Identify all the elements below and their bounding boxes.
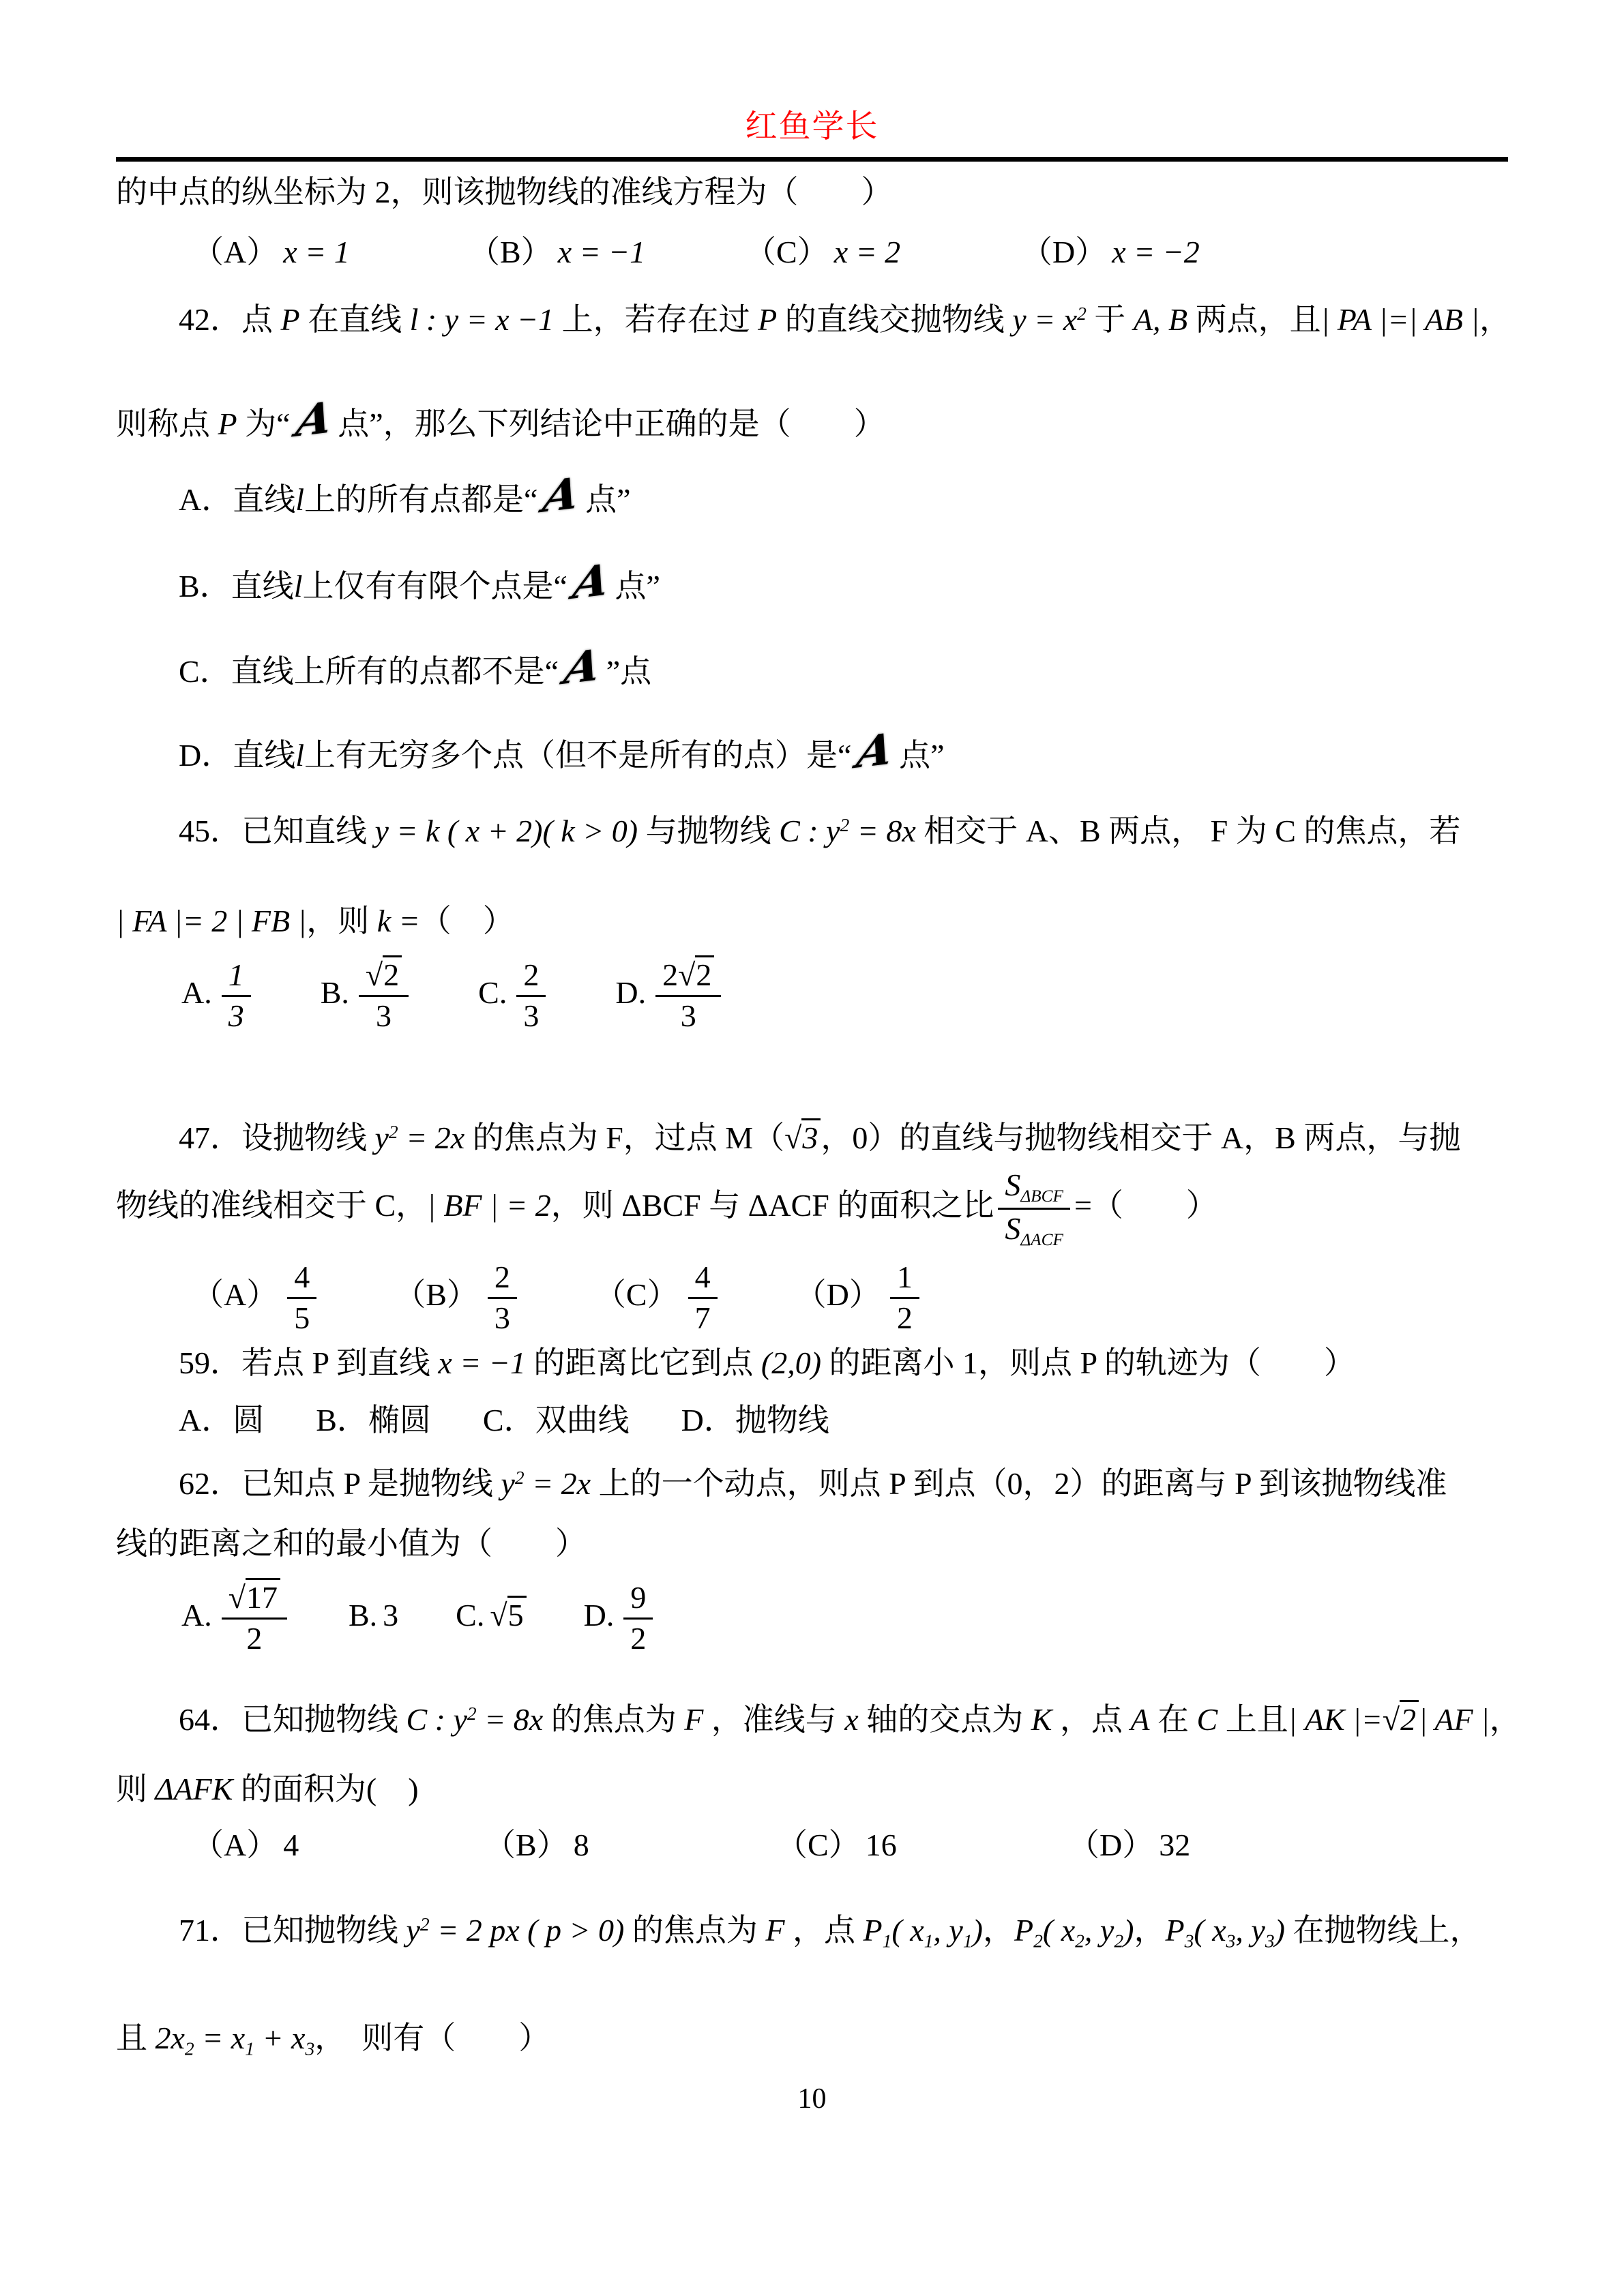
q41-option-a: （A）x = 1 bbox=[192, 231, 469, 273]
page-number: 10 bbox=[116, 2083, 1508, 2115]
q42-option-a: A．直线l上的所有点都是“A点” bbox=[116, 475, 1508, 521]
q59-line-1: 59．若点 P 到直线 x = −1 的距离比它到点 (2,0) 的距离小 1，… bbox=[116, 1342, 1508, 1384]
q42-line-1: 42．点 P 在直线 l : y = x −1 上，若存在过 P 的直线交抛物线… bbox=[116, 293, 1508, 341]
q47-option-a: （A）45 bbox=[192, 1259, 321, 1337]
q62-option-d: D.92 bbox=[584, 1580, 658, 1657]
q64-line-2: 则 ΔAFK 的面积为( ) bbox=[116, 1768, 1508, 1810]
q47-option-d: （D）12 bbox=[795, 1259, 924, 1337]
header-divider bbox=[116, 157, 1508, 162]
fraction: 23 bbox=[488, 1259, 517, 1337]
area-ratio-fraction: SΔBCFSΔACF bbox=[998, 1167, 1070, 1250]
fraction: 45 bbox=[287, 1259, 316, 1337]
fraction: 12 bbox=[890, 1259, 919, 1337]
script-a-glyph: A bbox=[541, 473, 582, 518]
q62-line-1: 62．已知点 P 是抛物线 y2 = 2x 上的一个动点，则点 P 到点（0，2… bbox=[116, 1457, 1508, 1505]
q42-option-b: B．直线l上仅有有限个点是“A点” bbox=[116, 562, 1508, 608]
q59-options: A．圆B．椭圆C．双曲线D．抛物线 bbox=[116, 1399, 1508, 1442]
fraction: √172 bbox=[222, 1580, 287, 1657]
script-a-glyph: A bbox=[855, 729, 896, 774]
fraction: 23 bbox=[516, 957, 546, 1034]
q71-line-1: 71．已知抛物线 y2 = 2 px ( p > 0) 的焦点为 F ，点 P1… bbox=[116, 1903, 1508, 1963]
q42-line-2: 则称点 P 为“A点”，那么下列结论中正确的是（ ） bbox=[116, 400, 1508, 445]
q45-line-2: | FA |= 2 | FB |，则 k =（ ） bbox=[116, 900, 1508, 942]
q59-option-b: B．椭圆 bbox=[316, 1399, 431, 1442]
q47-option-c: （C）47 bbox=[595, 1259, 722, 1337]
q64-option-c: （C）16 bbox=[776, 1824, 1068, 1866]
script-a-glyph: A bbox=[293, 398, 335, 443]
q45-option-d: D.2√23 bbox=[615, 957, 725, 1034]
fraction: 2√23 bbox=[655, 957, 721, 1034]
script-a-glyph: A bbox=[570, 560, 612, 605]
q41-option-b: （B）x = −1 bbox=[469, 231, 745, 273]
q41-option-d: （D）x = −2 bbox=[1021, 231, 1297, 273]
q42-option-d: D．直线l上有无穷多个点（但不是所有的点）是“A点” bbox=[116, 731, 1508, 777]
q47-option-b: （B）23 bbox=[394, 1259, 521, 1337]
q64-option-d: （D）32 bbox=[1068, 1824, 1360, 1866]
q62-option-c: C.√5 bbox=[456, 1594, 526, 1637]
q59-option-c: C．双曲线 bbox=[483, 1399, 630, 1442]
q64-option-b: （B）8 bbox=[484, 1824, 776, 1866]
q41-options: （A）x = 1（B）x = −1（C）x = 2（D）x = −2 bbox=[116, 231, 1508, 273]
q41-option-c: （C）x = 2 bbox=[745, 231, 1021, 273]
q62-options: A.√172B.3C.√5D.92 bbox=[116, 1580, 1508, 1657]
document-page: 红鱼学长 的中点的纵坐标为 2，则该抛物线的准线方程为（ ） （A）x = 1（… bbox=[0, 0, 1624, 2296]
q42-option-c: C．直线上所有的点都不是“A”点 bbox=[116, 647, 1508, 693]
script-a-glyph: A bbox=[562, 645, 604, 690]
fraction: 13 bbox=[222, 957, 251, 1034]
q45-options: A.13B.√23C.23D.2√23 bbox=[116, 957, 1508, 1034]
fraction: √23 bbox=[359, 957, 409, 1034]
q64-option-a: （A）4 bbox=[192, 1824, 484, 1866]
q62-line-2: 线的距离之和的最小值为（ ） bbox=[116, 1523, 1508, 1565]
q47-options: （A）45（B）23（C）47（D）12 bbox=[116, 1259, 1508, 1337]
q59-option-a: A．圆 bbox=[179, 1399, 264, 1442]
q59-option-d: D．抛物线 bbox=[681, 1399, 829, 1442]
fraction: 47 bbox=[688, 1259, 718, 1337]
fraction: 92 bbox=[623, 1580, 653, 1657]
q45-option-a: A.13 bbox=[181, 957, 255, 1034]
q45-option-b: B.√23 bbox=[321, 957, 413, 1034]
q47-line-1: 47．设抛物线 y2 = 2x 的焦点为 F，过点 M（√3，0）的直线与抛物线… bbox=[116, 1111, 1508, 1159]
q45-option-c: C.23 bbox=[478, 957, 550, 1034]
q64-options: （A）4（B）8（C）16（D）32 bbox=[116, 1824, 1508, 1866]
q45-line-1: 45．已知直线 y = k ( x + 2)( k > 0) 与抛物线 C : … bbox=[116, 804, 1508, 852]
q64-line-1: 64．已知抛物线 C : y2 = 8x 的焦点为 F ，准线与 x 轴的交点为… bbox=[116, 1693, 1508, 1741]
q71-line-2: 且 2x2 = x1 + x3， 则有（ ） bbox=[116, 2017, 1508, 2070]
q62-option-b: B.3 bbox=[349, 1594, 398, 1637]
q41-stem: 的中点的纵坐标为 2，则该抛物线的准线方程为（ ） bbox=[116, 171, 1508, 213]
q47-line-2: 物线的准线相交于 C，| BF | = 2，则 ΔBCF 与 ΔACF 的面积之… bbox=[116, 1167, 1508, 1250]
q62-option-a: A.√172 bbox=[181, 1580, 291, 1657]
page-title: 红鱼学长 bbox=[116, 108, 1508, 146]
